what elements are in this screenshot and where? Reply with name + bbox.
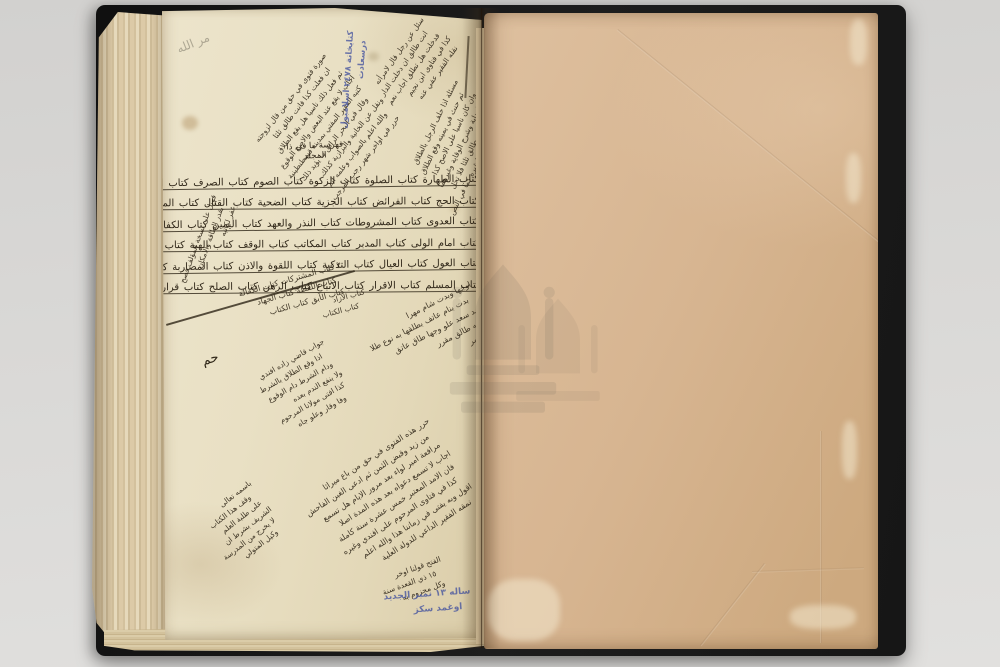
left-manuscript-page: مر الله صورة فتوى في حق من قال لزوجتهان … [162,8,482,640]
isolated-letter-mark: حم [200,350,221,369]
pencil-scribble: مر الله [175,30,212,56]
photo-backdrop: مر الله صورة فتوى في حق من قال لزوجتهان … [0,0,1000,667]
glue-patch [850,19,867,65]
fold-crease [700,563,766,646]
fold-crease [617,29,878,242]
foxing-stain [182,116,198,130]
index-heading: فهرسة ما في ذا المجلد [280,139,351,163]
library-stamp-bottom: ساله ١٣ نمبر الجديداوغمد سكز [390,585,468,620]
glue-patch [846,153,861,203]
glue-patch [488,579,560,641]
glue-patch [790,605,856,629]
right-blank-page [484,13,878,649]
mid-left-annotation: جواب قاضي زاده افندياذا وقع الطلاق بالشر… [170,338,353,485]
fore-edge-page-stack [92,12,168,645]
fold-crease [752,567,864,573]
glue-patch [842,421,857,479]
pen-stroke-mark [464,36,469,98]
